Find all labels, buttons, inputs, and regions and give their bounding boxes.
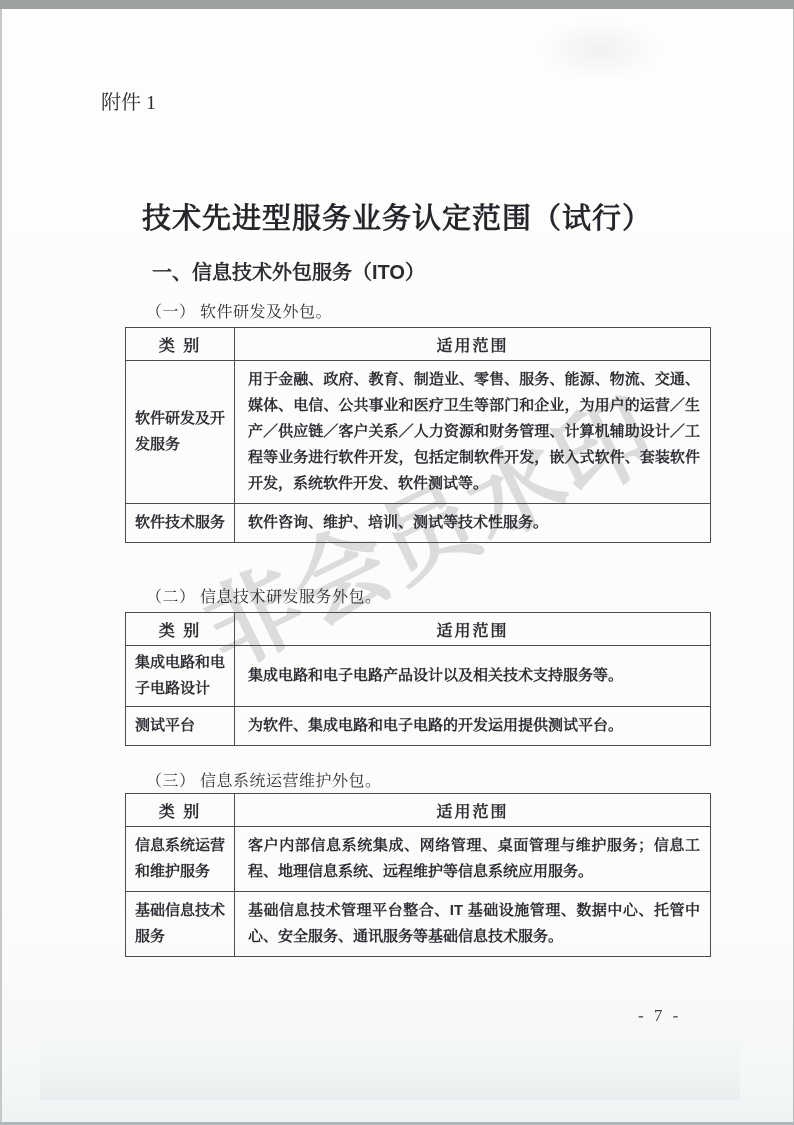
cell-scope: 集成电路和电子电路产品设计以及相关技术支持服务等。 — [235, 646, 711, 707]
subsection-heading-2: （二） 信息技术研发服务外包。 — [146, 584, 382, 607]
scan-smudge — [540, 20, 660, 80]
table-row: 基础信息技术服务 基础信息技术管理平台整合、IT 基础设施管理、数据中心、托管中… — [126, 892, 711, 957]
attachment-label: 附件 1 — [101, 86, 156, 115]
scan-edge-left — [0, 9, 2, 1125]
cell-category: 软件技术服务 — [126, 504, 235, 543]
document-title: 技术先进型服务业务认定范围（试行） — [0, 196, 794, 237]
cell-scope: 基础信息技术管理平台整合、IT 基础设施管理、数据中心、托管中心、安全服务、通讯… — [235, 892, 711, 957]
table-row: 软件技术服务 软件咨询、维护、培训、测试等技术性服务。 — [126, 504, 711, 543]
scan-edge-top — [0, 0, 794, 9]
subsection-heading-3: （三） 信息系统运营维护外包。 — [146, 768, 382, 791]
cell-category: 集成电路和电子电路设计 — [126, 646, 235, 707]
cell-category: 测试平台 — [126, 707, 235, 746]
cell-scope: 用于金融、政府、教育、制造业、零售、服务、能源、物流、交通、媒体、电信、公共事业… — [235, 361, 711, 504]
scan-smudge — [40, 1040, 740, 1100]
scanned-document-page: { "page": { "attachment_label": "附件 1", … — [0, 0, 794, 1125]
cell-scope: 为软件、集成电路和电子电路的开发运用提供测试平台。 — [235, 707, 711, 746]
table-row: 测试平台 为软件、集成电路和电子电路的开发运用提供测试平台。 — [126, 707, 711, 746]
column-header-category: 类 别 — [126, 794, 235, 827]
column-header-category: 类 别 — [126, 328, 235, 361]
cell-scope: 客户内部信息系统集成、网络管理、桌面管理与维护服务；信息工程、地理信息系统、远程… — [235, 827, 711, 892]
table-header-row: 类 别 适用范围 — [126, 328, 711, 361]
table-info-system-ops-outsourcing: 类 别 适用范围 信息系统运营和维护服务 客户内部信息系统集成、网络管理、桌面管… — [125, 793, 711, 957]
cell-category: 软件研发及开发服务 — [126, 361, 235, 504]
cell-category: 信息系统运营和维护服务 — [126, 827, 235, 892]
table-it-rd-service-outsourcing: 类 别 适用范围 集成电路和电子电路设计 集成电路和电子电路产品设计以及相关技术… — [125, 612, 711, 746]
column-header-scope: 适用范围 — [235, 613, 711, 646]
table-header-row: 类 别 适用范围 — [126, 613, 711, 646]
table-software-rd-outsourcing: 类 别 适用范围 软件研发及开发服务 用于金融、政府、教育、制造业、零售、服务、… — [125, 327, 711, 543]
cell-scope: 软件咨询、维护、培训、测试等技术性服务。 — [235, 504, 711, 543]
subsection-heading-1: （一） 软件研发及外包。 — [146, 299, 332, 322]
table-row: 信息系统运营和维护服务 客户内部信息系统集成、网络管理、桌面管理与维护服务；信息… — [126, 827, 711, 892]
column-header-category: 类 别 — [126, 613, 235, 646]
page-number: - 7 - — [638, 1006, 681, 1026]
table-row: 软件研发及开发服务 用于金融、政府、教育、制造业、零售、服务、能源、物流、交通、… — [126, 361, 711, 504]
column-header-scope: 适用范围 — [235, 794, 711, 827]
column-header-scope: 适用范围 — [235, 328, 711, 361]
table-row: 集成电路和电子电路设计 集成电路和电子电路产品设计以及相关技术支持服务等。 — [126, 646, 711, 707]
table-header-row: 类 别 适用范围 — [126, 794, 711, 827]
section-heading-ito: 一、信息技术外包服务（ITO） — [152, 256, 425, 285]
cell-category: 基础信息技术服务 — [126, 892, 235, 957]
